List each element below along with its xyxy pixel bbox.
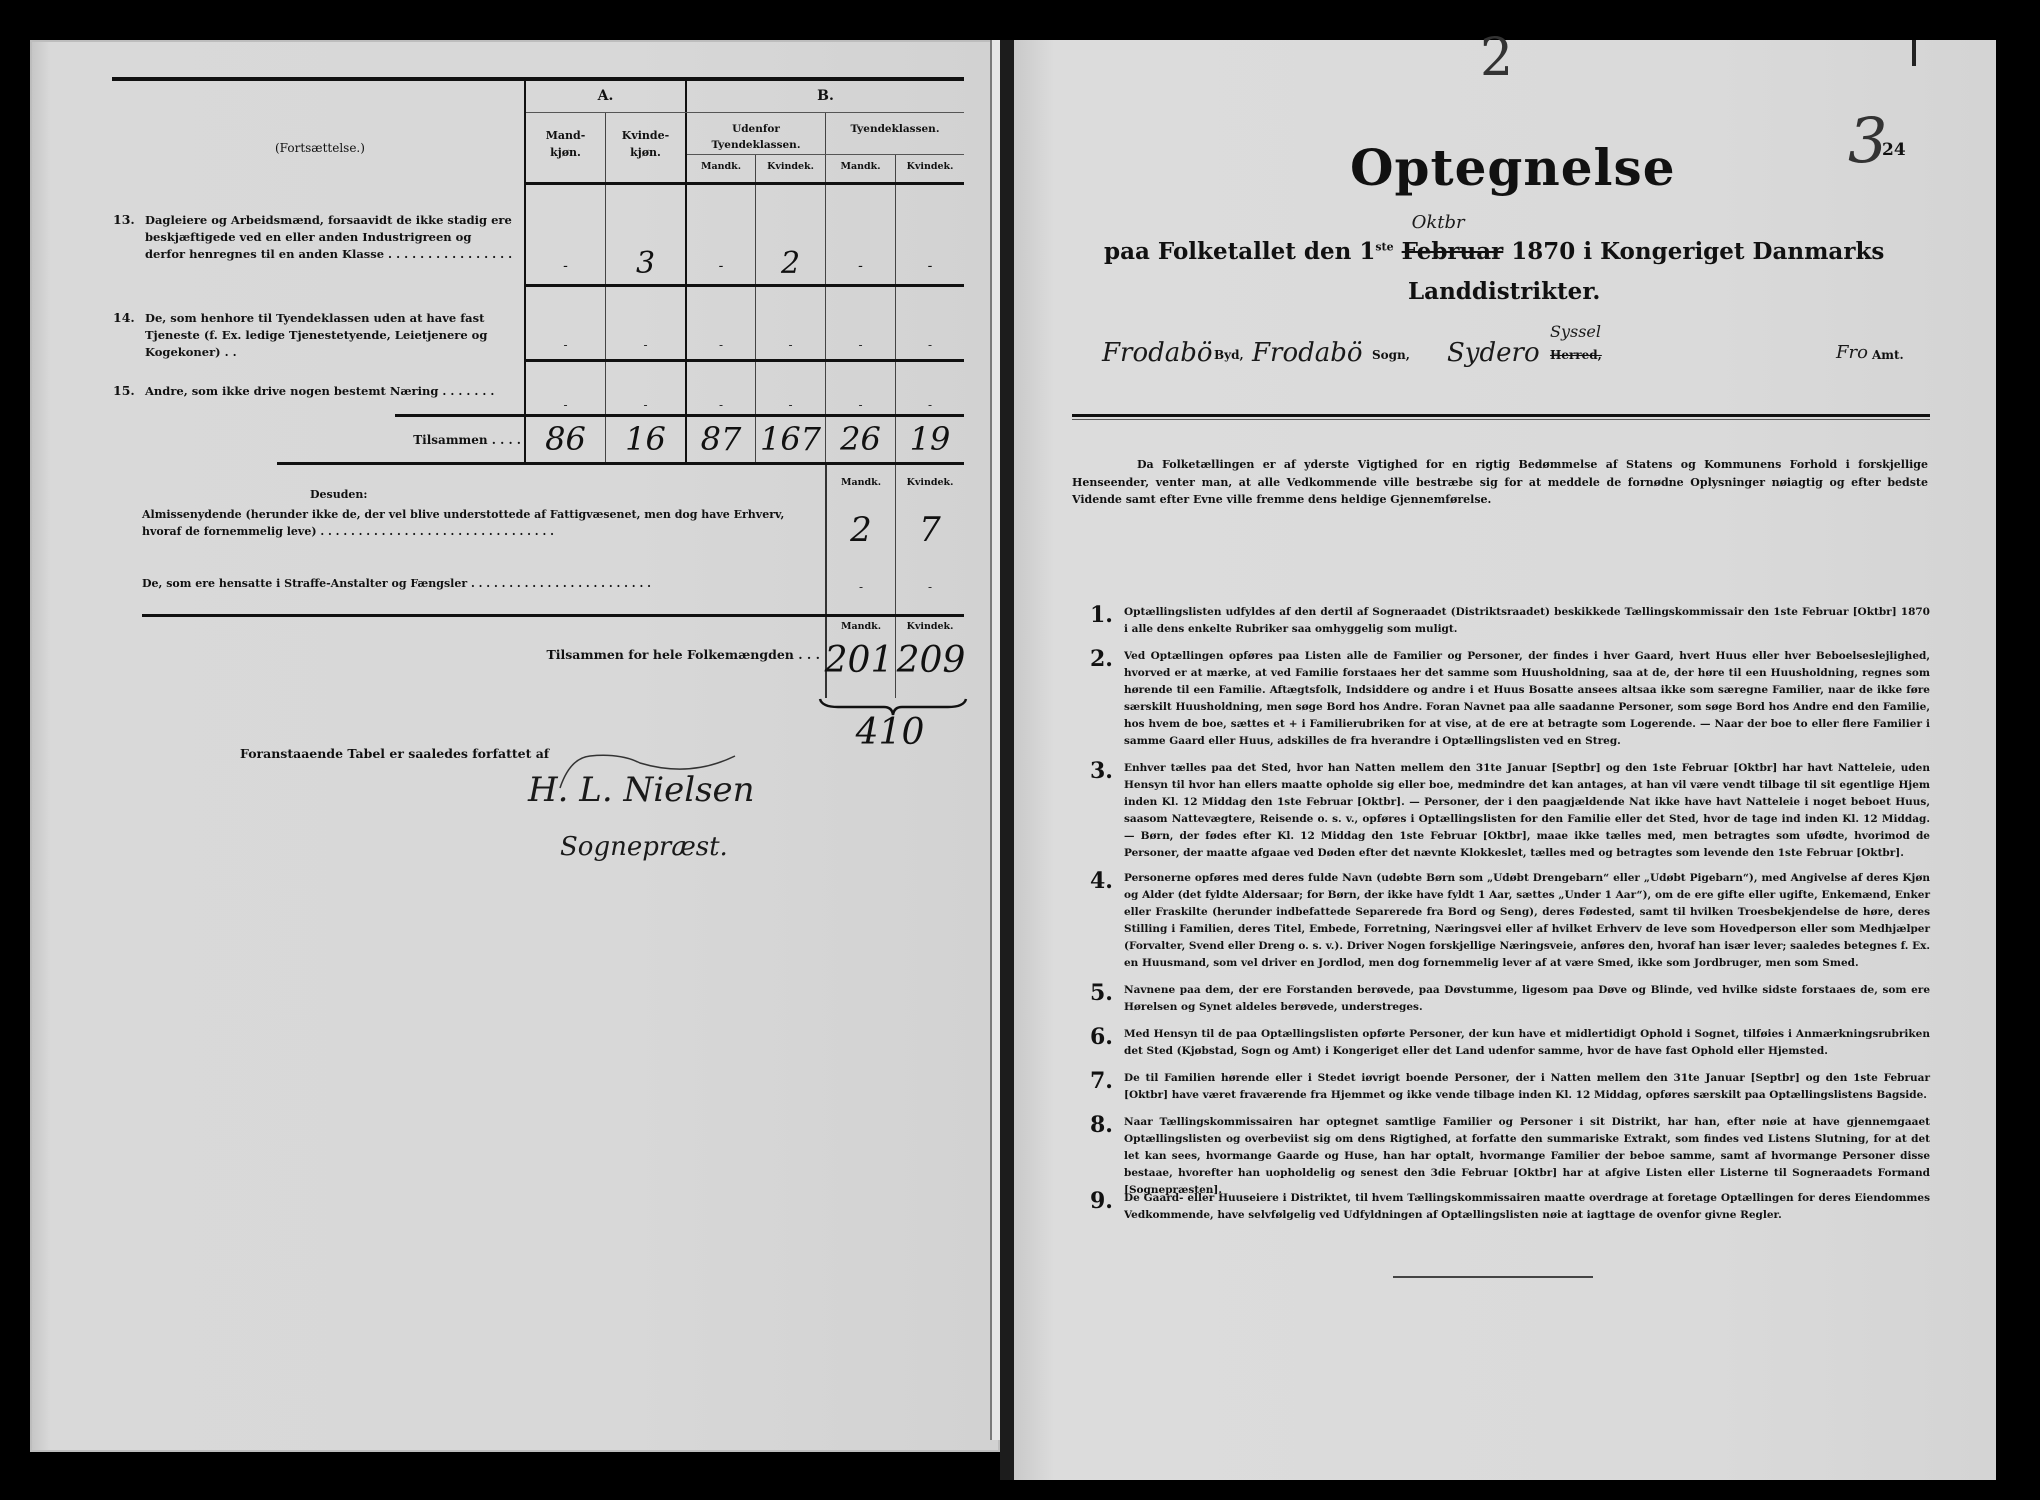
- instruction-6-number: 6.: [1090, 1024, 1113, 1050]
- document-title: Optegnelse: [1350, 138, 1676, 197]
- intro-paragraph: Da Folketællingen er af yderste Vigtighe…: [1072, 456, 1928, 509]
- instruction-3-number: 3.: [1090, 758, 1113, 784]
- group-b-header: B.: [687, 86, 964, 107]
- instruction-8-number: 8.: [1090, 1112, 1113, 1138]
- row-15-b2-kvinde: -: [896, 398, 964, 412]
- subtitle-inserted-month: Oktbr: [1412, 212, 1465, 233]
- page-number: 24: [1882, 140, 1906, 160]
- row-15-b1-kvinde: -: [756, 398, 825, 412]
- row-15-number: 15.: [113, 383, 135, 398]
- corner-mark: [1912, 40, 1916, 66]
- subtitle-superscript: ste: [1375, 240, 1393, 253]
- row-divider: [524, 284, 964, 287]
- document-subtitle-line1: paa Folketallet den 1ste Februar Oktbr 1…: [1104, 238, 1884, 265]
- table-col-line: [895, 154, 896, 464]
- instruction-1-text: Optællingslisten udfyldes af den dertil …: [1124, 604, 1930, 638]
- row-13-b2-mand: -: [826, 258, 895, 274]
- instruction-4-number: 4.: [1090, 868, 1113, 894]
- row-15-a-kvinde: -: [606, 398, 685, 412]
- herred-inserted: Syssel: [1550, 322, 1601, 341]
- straffeanstalter-label: De, som ere hensatte i Straffe-Anstalter…: [142, 575, 818, 592]
- row-13-label: Dagleiere og Arbeidsmænd, forsaavidt de …: [145, 212, 513, 263]
- row-15-a-mand: -: [526, 398, 605, 412]
- total-a-kvinde: 16: [606, 420, 685, 458]
- book-gutter: [1000, 40, 1014, 1480]
- row-15-label: Andre, som ikke drive nogen bestemt Næri…: [145, 383, 520, 400]
- grand-total-kvinde: 209: [896, 640, 966, 681]
- total-top-rule: [395, 414, 964, 417]
- row-13-a-kvinde: 3: [606, 246, 685, 281]
- instruction-9-text: De Gaard- eller Huuseiere i Distriktet, …: [1124, 1190, 1930, 1224]
- row-14-number: 14.: [113, 310, 135, 325]
- instruction-9-number: 9.: [1090, 1188, 1113, 1214]
- grand-total-mand: 201: [822, 640, 896, 681]
- almissenydende-mand: 2: [827, 510, 895, 550]
- subheader-tyendeklassen: Tyendeklassen.: [826, 122, 964, 138]
- instruction-2-text: Ved Optællingen opføres paa Listen alle …: [1124, 648, 1930, 750]
- amt-value: Fro: [1836, 342, 1868, 363]
- instruction-1-number: 1.: [1090, 602, 1113, 628]
- total-a-mand: 86: [526, 420, 605, 458]
- instruction-8-text: Naar Tællingskommissairen har optegnet s…: [1124, 1114, 1930, 1199]
- row-divider: [524, 359, 964, 362]
- header-divider: [1072, 414, 1930, 417]
- row-14-b1-mand: -: [687, 338, 755, 352]
- row-14-b2-kvinde: -: [896, 338, 964, 352]
- header-divider-thin: [1072, 419, 1930, 420]
- instruction-4-text: Personerne opføres med deres fulde Navn …: [1124, 870, 1930, 972]
- subheader-udenfor-tyendeklassen: Udenfor Tyendeklassen.: [687, 122, 825, 154]
- table-top-rule: [112, 77, 964, 81]
- signature-prefix: Foranstaaende Tabel er saaledes forfatte…: [240, 745, 549, 762]
- col-b1-mandk: Mandk.: [687, 160, 755, 174]
- row-13-b2-kvinde: -: [896, 258, 964, 274]
- header-bottom-rule: [524, 182, 964, 185]
- header-line: [526, 112, 964, 113]
- col-b2-mandk: Mandk.: [826, 160, 895, 174]
- almissenydende-label: Almissenydende (herunder ikke de, der ve…: [142, 506, 818, 540]
- group-a-header: A.: [526, 86, 685, 107]
- subtitle-struck-month: Februar: [1402, 238, 1504, 265]
- grand-total-col-mandk: Mandk.: [827, 620, 895, 634]
- straffeanstalter-mand: -: [827, 580, 895, 594]
- grand-total-sum: 410: [840, 712, 940, 753]
- signature-flourish: [530, 748, 750, 808]
- signature-title: Sognepræst.: [560, 832, 728, 862]
- instruction-7-text: De til Familien hørende eller i Stedet i…: [1124, 1070, 1930, 1104]
- row-13-number: 13.: [113, 212, 135, 227]
- byd-label: Byd,: [1214, 348, 1244, 362]
- row-14-a-kvinde: -: [606, 338, 685, 352]
- document-subtitle-line2: Landdistrikter.: [1408, 278, 1600, 305]
- desuden-heading: Desuden:: [310, 486, 367, 503]
- col-b2-kvindek: Kvindek.: [896, 160, 964, 174]
- byd-value: Frodabö: [1102, 338, 1213, 368]
- instruction-7-number: 7.: [1090, 1068, 1113, 1094]
- grand-total-col-kvindek: Kvindek.: [896, 620, 964, 634]
- herred-value: Sydero: [1447, 338, 1540, 368]
- straffeanstalter-kvinde: -: [896, 580, 964, 594]
- instruction-6-text: Med Hensyn til de paa Optællingslisten o…: [1124, 1026, 1930, 1060]
- subtitle-suffix: 1870 i Kongeriget Danmarks: [1511, 238, 1884, 265]
- col-b1-kvindek: Kvindek.: [756, 160, 825, 174]
- col-a-kvindekjon: Kvinde- kjøn.: [606, 128, 685, 161]
- row-14-a-mand: -: [526, 338, 605, 352]
- row-15-b2-mand: -: [826, 398, 895, 412]
- row-14-b1-kvinde: -: [756, 338, 825, 352]
- total-b2-mand: 26: [826, 420, 895, 458]
- desuden-bottom-rule: [142, 614, 964, 617]
- row-15-b1-mand: -: [687, 398, 755, 412]
- location-line: Frodabö Byd, Frodabö Sogn, Sydero Syssel…: [1102, 338, 1922, 378]
- sogn-label: Sogn,: [1372, 348, 1410, 362]
- total-bottom-rule: [277, 462, 964, 465]
- row-13-a-mand: -: [526, 258, 605, 274]
- row-13-b1-mand: -: [687, 258, 755, 274]
- herred-label: Herred,: [1550, 348, 1602, 362]
- sogn-value: Frodabö: [1252, 338, 1363, 368]
- col-a-mandkjon: Mand- kjøn.: [526, 128, 605, 161]
- total-label: Tilsammen . . . .: [396, 432, 521, 449]
- grand-total-label: Tilsammen for hele Folkemængden . . .: [480, 646, 820, 663]
- almissenydende-kvinde: 7: [896, 510, 964, 550]
- instruction-5-number: 5.: [1090, 980, 1113, 1006]
- subtitle-prefix: paa Folketallet den 1: [1104, 238, 1375, 265]
- total-b1-kvinde: 167: [756, 420, 825, 458]
- row-14-b2-mand: -: [826, 338, 895, 352]
- instruction-2-number: 2.: [1090, 646, 1113, 672]
- closing-rule: [1393, 1276, 1593, 1278]
- instruction-3-text: Enhver tælles paa det Sted, hvor han Nat…: [1124, 760, 1930, 862]
- total-b2-kvinde: 19: [896, 420, 964, 458]
- desuden-col-kvindek: Kvindek.: [896, 476, 964, 490]
- desuden-col-mandk: Mandk.: [827, 476, 895, 490]
- pencil-number: 2: [1480, 28, 1513, 88]
- row-14-label: De, som henhore til Tyendeklassen uden a…: [145, 310, 520, 361]
- amt-label: Amt.: [1872, 348, 1904, 362]
- table-col-line: [755, 154, 756, 464]
- continuation-heading: (Fortsættelse.): [275, 142, 365, 154]
- instruction-5-text: Navnene paa dem, der ere Forstanden berø…: [1124, 982, 1930, 1016]
- header-line: [687, 154, 964, 155]
- row-13-b1-kvinde: 2: [756, 246, 825, 281]
- total-b1-mand: 87: [687, 420, 755, 458]
